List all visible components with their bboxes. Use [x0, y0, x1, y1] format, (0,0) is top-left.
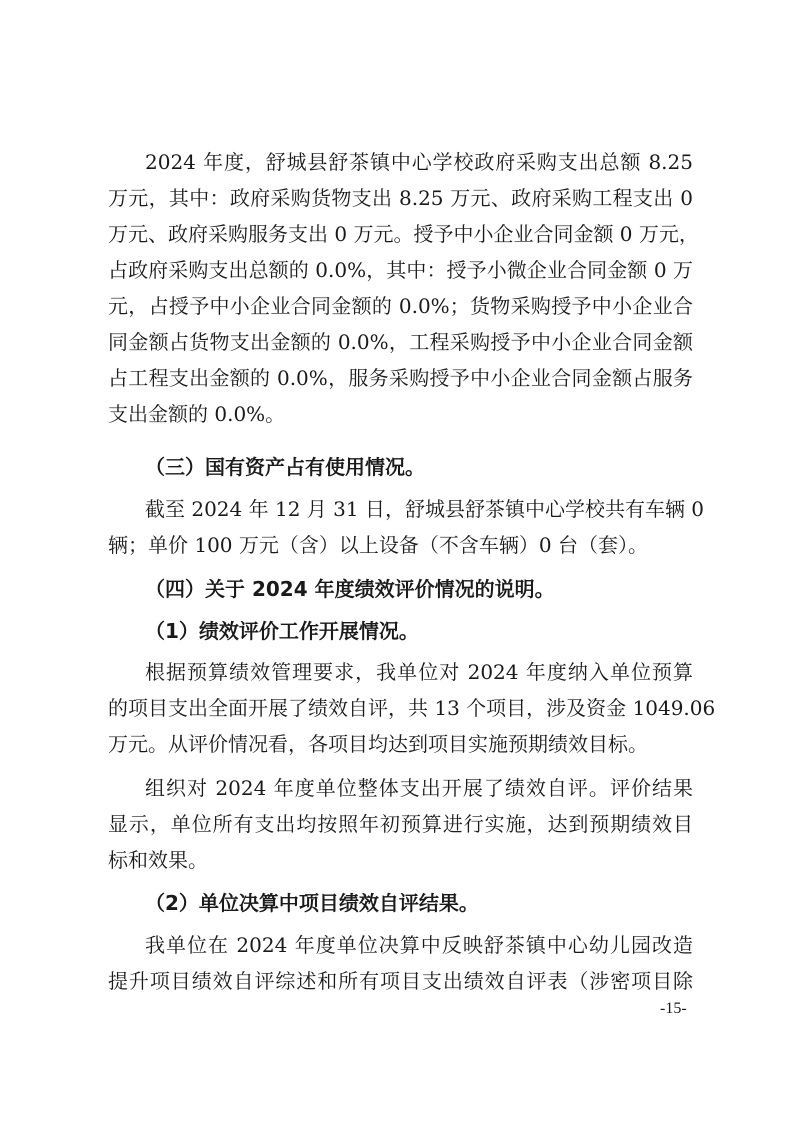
page-number: -15- [660, 1000, 687, 1018]
paragraph-line: 万元、政府采购服务支出 0 万元。授予中小企业合同金额 0 万元， [108, 222, 693, 246]
paragraph-line: 万元，其中：政府采购货物支出 8.25 万元、政府采购工程支出 0 [108, 186, 693, 210]
paragraph-line: 的项目支出全面开展了绩效自评，共 13 个项目，涉及资金 1049.06 [108, 696, 693, 720]
paragraph-line: 同金额占货物支出金额的 0.0%，工程采购授予中小企业合同金额 [108, 330, 693, 354]
paragraph-line: 显示，单位所有支出均按照年初预算进行实施，达到预期绩效目 [108, 812, 693, 836]
paragraph-line: 提升项目绩效自评综述和所有项目支出绩效自评表（涉密项目除 [108, 969, 693, 993]
paragraph-line: 元，占授予中小企业合同金额的 0.0%；货物采购授予中小企业合 [108, 294, 693, 318]
subsection-heading: （1）绩效评价工作开展情况。 [145, 619, 693, 643]
paragraph-line: 根据预算绩效管理要求，我单位对 2024 年度纳入单位预算 [145, 660, 693, 684]
paragraph-line: 支出金额的 0.0%。 [108, 402, 693, 426]
paragraph-line: 组织对 2024 年度单位整体支出开展了绩效自评。评价结果 [145, 776, 693, 800]
paragraph-line: 万元。从评价情况看，各项目均达到项目实施预期绩效目标。 [108, 732, 693, 756]
paragraph-line: 占工程支出金额的 0.0%，服务采购授予中小企业合同金额占服务 [108, 366, 693, 390]
document-page: 2024 年度，舒城县舒茶镇中心学校政府采购支出总额 8.25 万元，其中：政府… [0, 0, 793, 1122]
paragraph-line: 占政府采购支出总额的 0.0%，其中：授予小微企业合同金额 0 万 [108, 258, 693, 282]
subsection-heading: （2）单位决算中项目绩效自评结果。 [145, 891, 693, 915]
paragraph-line: 辆；单价 100 万元（含）以上设备（不含车辆）0 台（套）。 [108, 533, 693, 557]
paragraph-line: 标和效果。 [108, 848, 693, 872]
paragraph-line: 2024 年度，舒城县舒茶镇中心学校政府采购支出总额 8.25 [145, 150, 693, 174]
section-heading: （四）关于 2024 年度绩效评价情况的说明。 [145, 577, 693, 601]
section-heading: （三）国有资产占有使用情况。 [145, 455, 693, 479]
paragraph-line: 我单位在 2024 年度单位决算中反映舒茶镇中心幼儿园改造 [145, 933, 693, 957]
paragraph-line: 截至 2024 年 12 月 31 日，舒城县舒茶镇中心学校共有车辆 0 [145, 497, 693, 521]
